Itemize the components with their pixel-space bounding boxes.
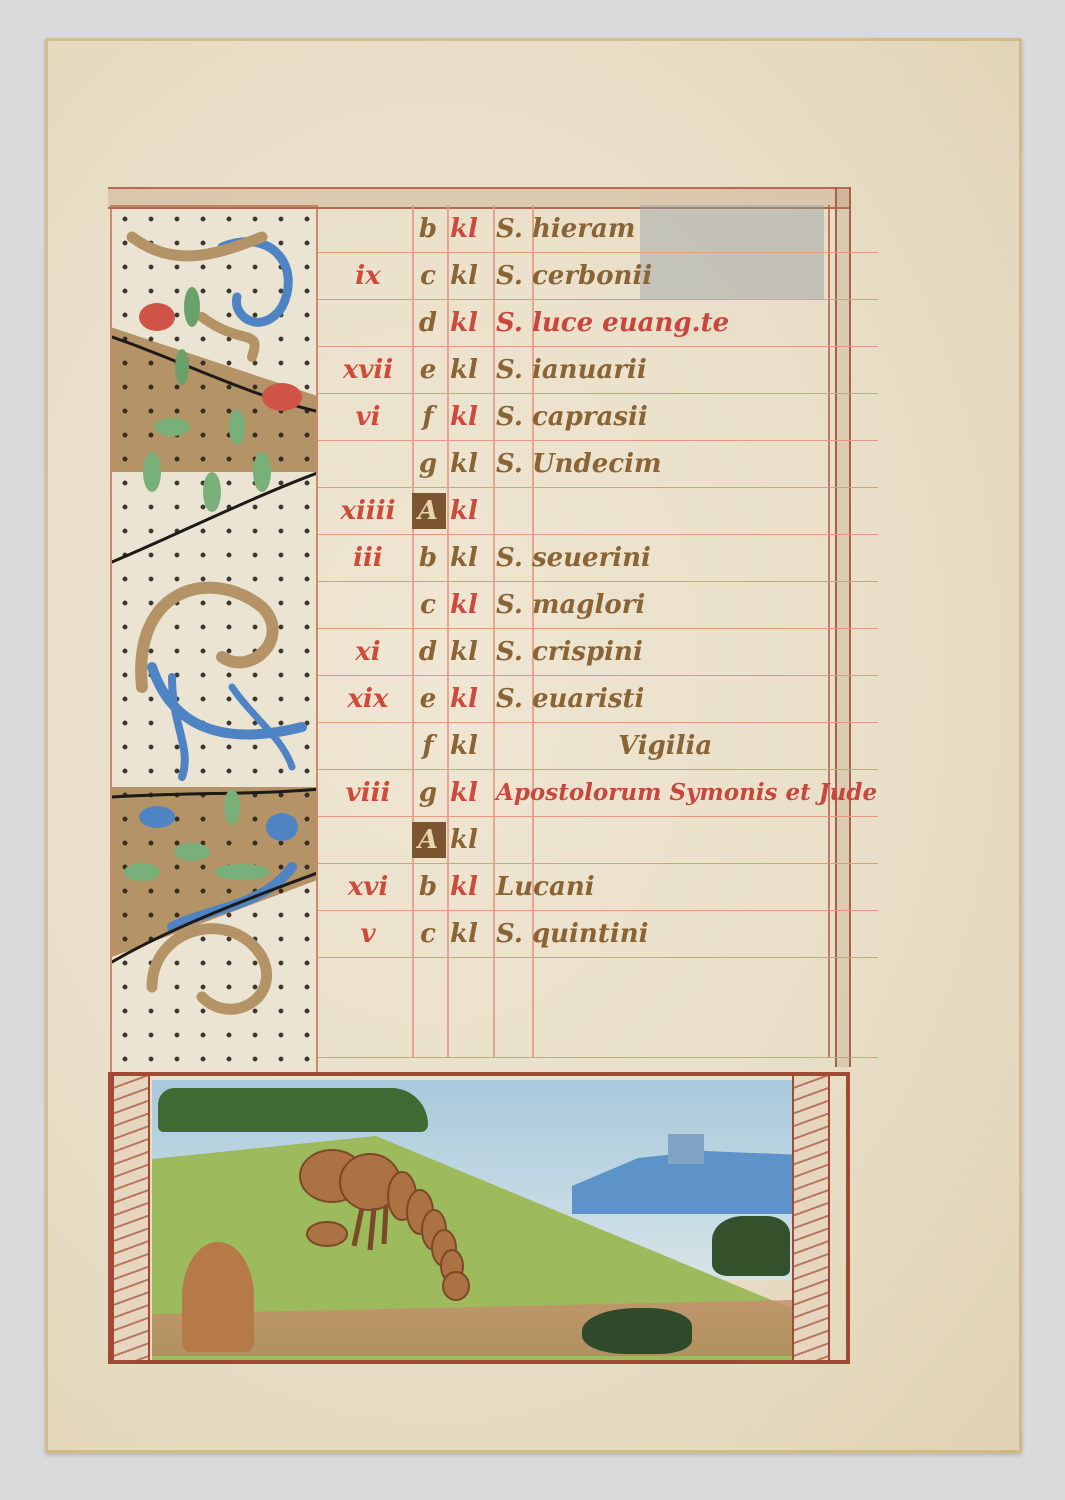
dominical-letter: f	[413, 726, 443, 766]
kalends-mark: kl	[450, 632, 478, 672]
dominical-letter: e	[413, 350, 443, 390]
saint-name: S. Undecim	[496, 444, 661, 484]
saint-name: S. cerbonii	[496, 256, 652, 296]
calendar-row: A kl	[318, 816, 878, 864]
golden-number: xi	[328, 632, 408, 672]
golden-number: ix	[328, 256, 408, 296]
calendar-row: vi f kl S. caprasii	[318, 393, 878, 441]
golden-number: iii	[328, 538, 408, 578]
rock	[182, 1242, 254, 1352]
dominical-letter: c	[413, 256, 443, 296]
kalends-mark: kl	[450, 256, 478, 296]
castle-icon	[668, 1134, 704, 1164]
dominical-letter: e	[413, 679, 443, 719]
calendar-row: xix e kl S. euaristi	[318, 675, 878, 723]
kalends-mark: kl	[450, 726, 478, 766]
trees	[158, 1088, 428, 1132]
kalends-mark: kl	[450, 914, 478, 954]
saint-name: S. quintini	[496, 914, 648, 954]
saint-name: S. hieram	[496, 209, 635, 249]
dominical-letter: d	[413, 303, 443, 343]
saint-name: S. caprasii	[496, 397, 648, 437]
left-column	[112, 1076, 150, 1364]
vigil-note: Vigilia	[618, 726, 712, 766]
calendar-row: b kl S. hieram	[318, 205, 878, 253]
saint-name: S. crispini	[496, 632, 643, 672]
dominical-letter: b	[413, 209, 443, 249]
saint-name: S. seuerini	[496, 538, 651, 578]
golden-number: viii	[328, 773, 408, 813]
dominical-letter: A	[413, 491, 443, 531]
calendar-row	[318, 1010, 878, 1058]
bush	[712, 1216, 790, 1276]
calendar-row: viii g kl Apostolorum Symonis et Jude	[318, 769, 878, 817]
calendar-row: xvi b kl Lucani	[318, 863, 878, 911]
calendar-row: xiiii A kl	[318, 487, 878, 535]
kalends-mark: kl	[450, 303, 478, 343]
saint-name: S. ianuarii	[496, 350, 647, 390]
golden-number: xiiii	[328, 491, 408, 531]
saint-name: S. maglori	[496, 585, 645, 625]
right-column	[792, 1076, 830, 1364]
kalends-mark: kl	[450, 867, 478, 907]
kalends-mark: kl	[450, 209, 478, 249]
kalends-mark: kl	[450, 397, 478, 437]
calendar-row: f kl Vigilia	[318, 722, 878, 770]
golden-number: xvii	[328, 350, 408, 390]
calendar-row: xi d kl S. crispini	[318, 628, 878, 676]
calendar-row: g kl S. Undecim	[318, 440, 878, 488]
dominical-letter: g	[413, 444, 443, 484]
saint-name-feast: Apostolorum Symonis et Jude	[496, 773, 877, 813]
dominical-letter: A	[413, 820, 443, 860]
crayfish-icon	[292, 1146, 552, 1306]
calendar-row	[318, 957, 878, 1004]
calendar-row: xvii e kl S. ianuarii	[318, 346, 878, 394]
calendar-row: iii b kl S. seuerini	[318, 534, 878, 582]
saint-name: S. euaristi	[496, 679, 644, 719]
golden-number: xix	[328, 679, 408, 719]
dominical-letter: c	[413, 585, 443, 625]
dominical-letter: g	[413, 773, 443, 813]
calendar-row: ix c kl S. cerbonii	[318, 252, 878, 300]
saint-name: Lucani	[496, 867, 595, 907]
bush	[582, 1308, 692, 1354]
golden-number: xvi	[328, 867, 408, 907]
dominical-letter: b	[413, 538, 443, 578]
miniature-frame	[108, 1072, 850, 1364]
calendar-row: d kl S. luce euang.te	[318, 299, 878, 347]
kalends-mark: kl	[450, 538, 478, 578]
kalends-mark: kl	[450, 350, 478, 390]
golden-number: vi	[328, 397, 408, 437]
saint-name-feast: S. luce euang.te	[496, 303, 729, 343]
kalends-mark: kl	[450, 820, 478, 860]
calendar-row: c kl S. maglori	[318, 581, 878, 629]
calendar-row: v c kl S. quintini	[318, 910, 878, 958]
kalends-mark: kl	[450, 444, 478, 484]
dominical-letter: b	[413, 867, 443, 907]
golden-number: v	[328, 914, 408, 954]
kalends-mark: kl	[450, 773, 478, 813]
kalends-mark: kl	[450, 585, 478, 625]
kalends-mark: kl	[450, 491, 478, 531]
dominical-letter: f	[413, 397, 443, 437]
kalends-mark: kl	[450, 679, 478, 719]
dominical-letter: c	[413, 914, 443, 954]
dominical-letter: d	[413, 632, 443, 672]
calendar-table: b kl S. hieram ix c kl S. cerbonii d kl …	[318, 205, 838, 1057]
zodiac-miniature	[108, 1072, 850, 1364]
